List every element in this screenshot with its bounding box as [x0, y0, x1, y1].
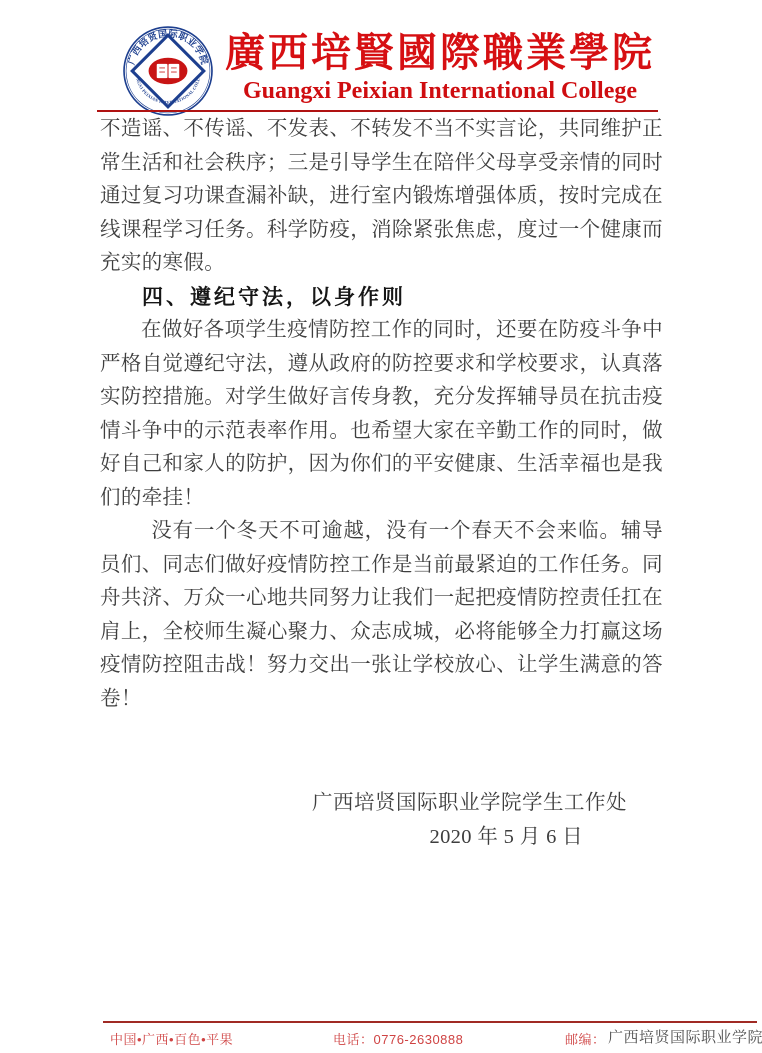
site-watermark: 广西培贤国际职业学院	[608, 1026, 762, 1047]
college-name-chinese: 廣西培賢國際職業學院	[220, 30, 660, 76]
footer-postal-label: 邮编：	[565, 1029, 606, 1048]
footer-divider	[103, 1021, 757, 1023]
letterhead-titles: 廣西培賢國際職業學院 Guangxi Peixian International…	[220, 30, 660, 105]
paragraph-continuation: 不造谣、不传谣、不发表、不转发不当不实言论，共同维护正常生活和社会秩序；三是引导…	[100, 113, 663, 281]
section-heading: 四、遵纪守法，以身作则	[100, 281, 663, 315]
college-logo-seal: 广西培贤国际职业学院 GUANGXI PEIXIAN INTERNATIONAL…	[123, 26, 213, 116]
college-name-english: Guangxi Peixian International College	[220, 77, 660, 105]
signature-date: 2020 年 5 月 6 日	[100, 821, 663, 855]
signature-block: 广西培贤国际职业学院学生工作处 2020 年 5 月 6 日	[100, 787, 663, 854]
document-page: 广西培贤国际职业学院 GUANGXI PEIXIAN INTERNATIONAL…	[0, 0, 762, 1053]
footer-location: 中国•广西•百色•平果	[110, 1029, 233, 1048]
logo-book-icon	[157, 64, 180, 78]
document-body: 不造谣、不传谣、不发表、不转发不当不实言论，共同维护正常生活和社会秩序；三是引导…	[100, 113, 663, 854]
header-divider	[97, 110, 658, 112]
paragraph: 没有一个冬天不可逾越，没有一个春天不会来临。辅导员们、同志们做好疫情防控工作是当…	[100, 515, 663, 716]
signature-department: 广西培贤国际职业学院学生工作处	[100, 787, 663, 821]
footer-phone: 电话：0776-2630888	[333, 1029, 463, 1048]
paragraph: 在做好各项学生疫情防控工作的同时，还要在防疫斗争中严格自觉遵纪守法，遵从政府的防…	[100, 314, 663, 515]
